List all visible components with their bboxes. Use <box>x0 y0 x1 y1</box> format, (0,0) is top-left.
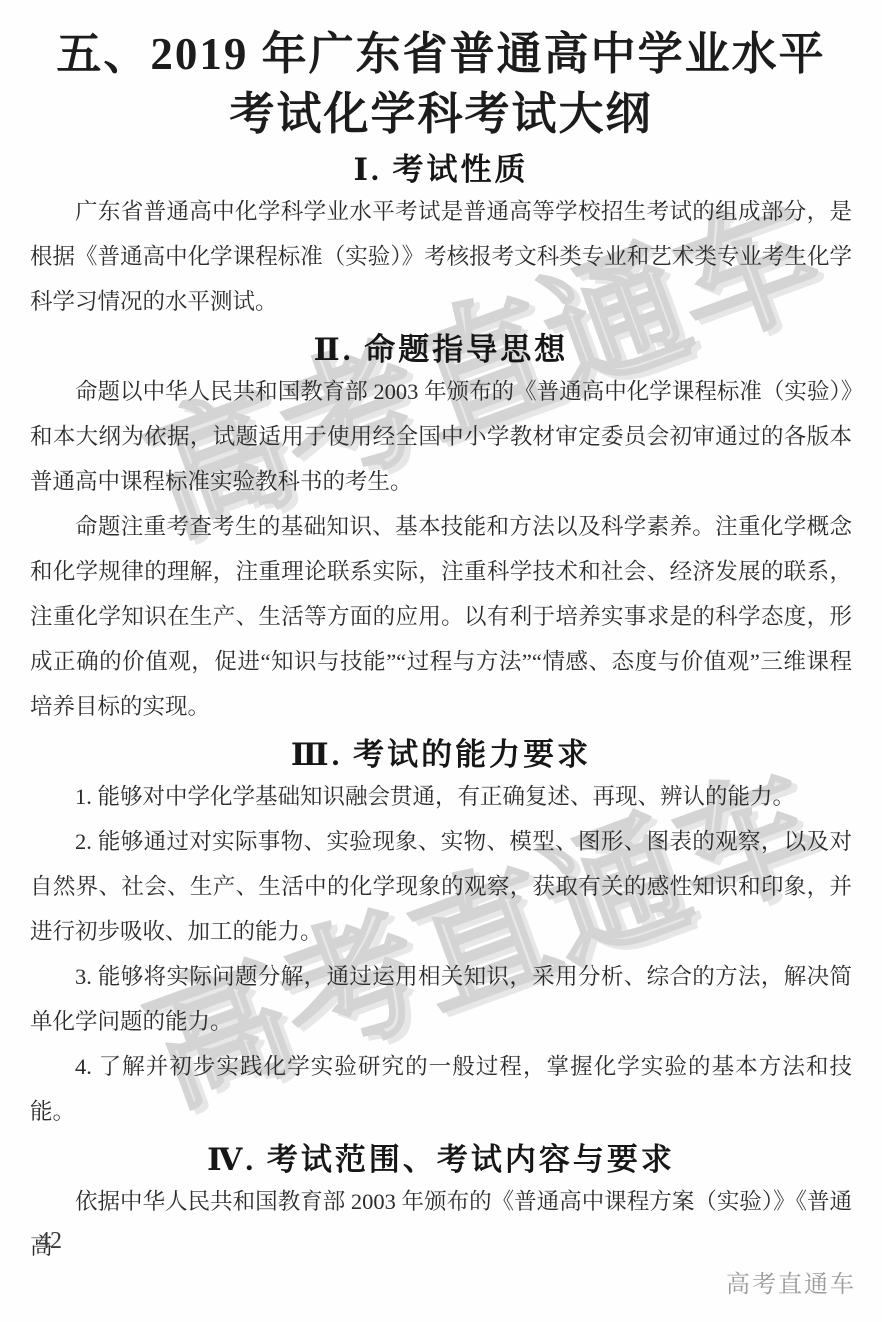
section-2-paragraph-2: 命题注重考查考生的基础知识、基本技能和方法以及科学素养。注重化学概念和化学规律的… <box>30 504 852 729</box>
page-title-line2: 考试化学科考试大纲 <box>30 84 852 144</box>
section-1-heading: Ⅰ. 考试性质 <box>30 144 852 189</box>
section-3-item-1: 1. 能够对中学化学基础知识融会贯通，有正确复述、再现、辨认的能力。 <box>30 774 852 819</box>
section-3-item-3: 3. 能够将实际问题分解，通过运用相关知识，采用分析、综合的方法，解决简单化学问… <box>30 954 852 1044</box>
footer-brand: 高考直通车 <box>726 1264 856 1299</box>
section-3-item-2: 2. 能够通过对实际事物、实验现象、实物、模型、图形、图表的观察，以及对自然界、… <box>30 819 852 954</box>
section-4-heading: Ⅳ. 考试范围、考试内容与要求 <box>30 1134 852 1179</box>
section-3-item-4: 4. 了解并初步实践化学实验研究的一般过程，掌握化学实验的基本方法和技能。 <box>30 1044 852 1134</box>
document-content: 五、2019 年广东省普通高中学业水平 考试化学科考试大纲 Ⅰ. 考试性质 广东… <box>0 0 882 1269</box>
page-number: 42 <box>38 1228 62 1255</box>
section-3-heading: Ⅲ. 考试的能力要求 <box>30 729 852 774</box>
document-page: 高考直通车 高考直通车 高考直通车 高考直通车 五、2019 年广东省普通高中学… <box>0 0 882 1322</box>
page-title-line1: 五、2019 年广东省普通高中学业水平 <box>30 24 852 84</box>
section-1-paragraph-1: 广东省普通高中化学科学业水平考试是普通高等学校招生考试的组成部分，是根据《普通高… <box>30 189 852 324</box>
page-title: 五、2019 年广东省普通高中学业水平 考试化学科考试大纲 <box>30 0 852 144</box>
section-4-paragraph-1: 依据中华人民共和国教育部 2003 年颁布的《普通高中课程方案（实验）》《普通高 <box>30 1179 852 1269</box>
section-2-paragraph-1: 命题以中华人民共和国教育部 2003 年颁布的《普通高中化学课程标准（实验）》和… <box>30 369 852 504</box>
section-2-heading: Ⅱ. 命题指导思想 <box>30 324 852 369</box>
